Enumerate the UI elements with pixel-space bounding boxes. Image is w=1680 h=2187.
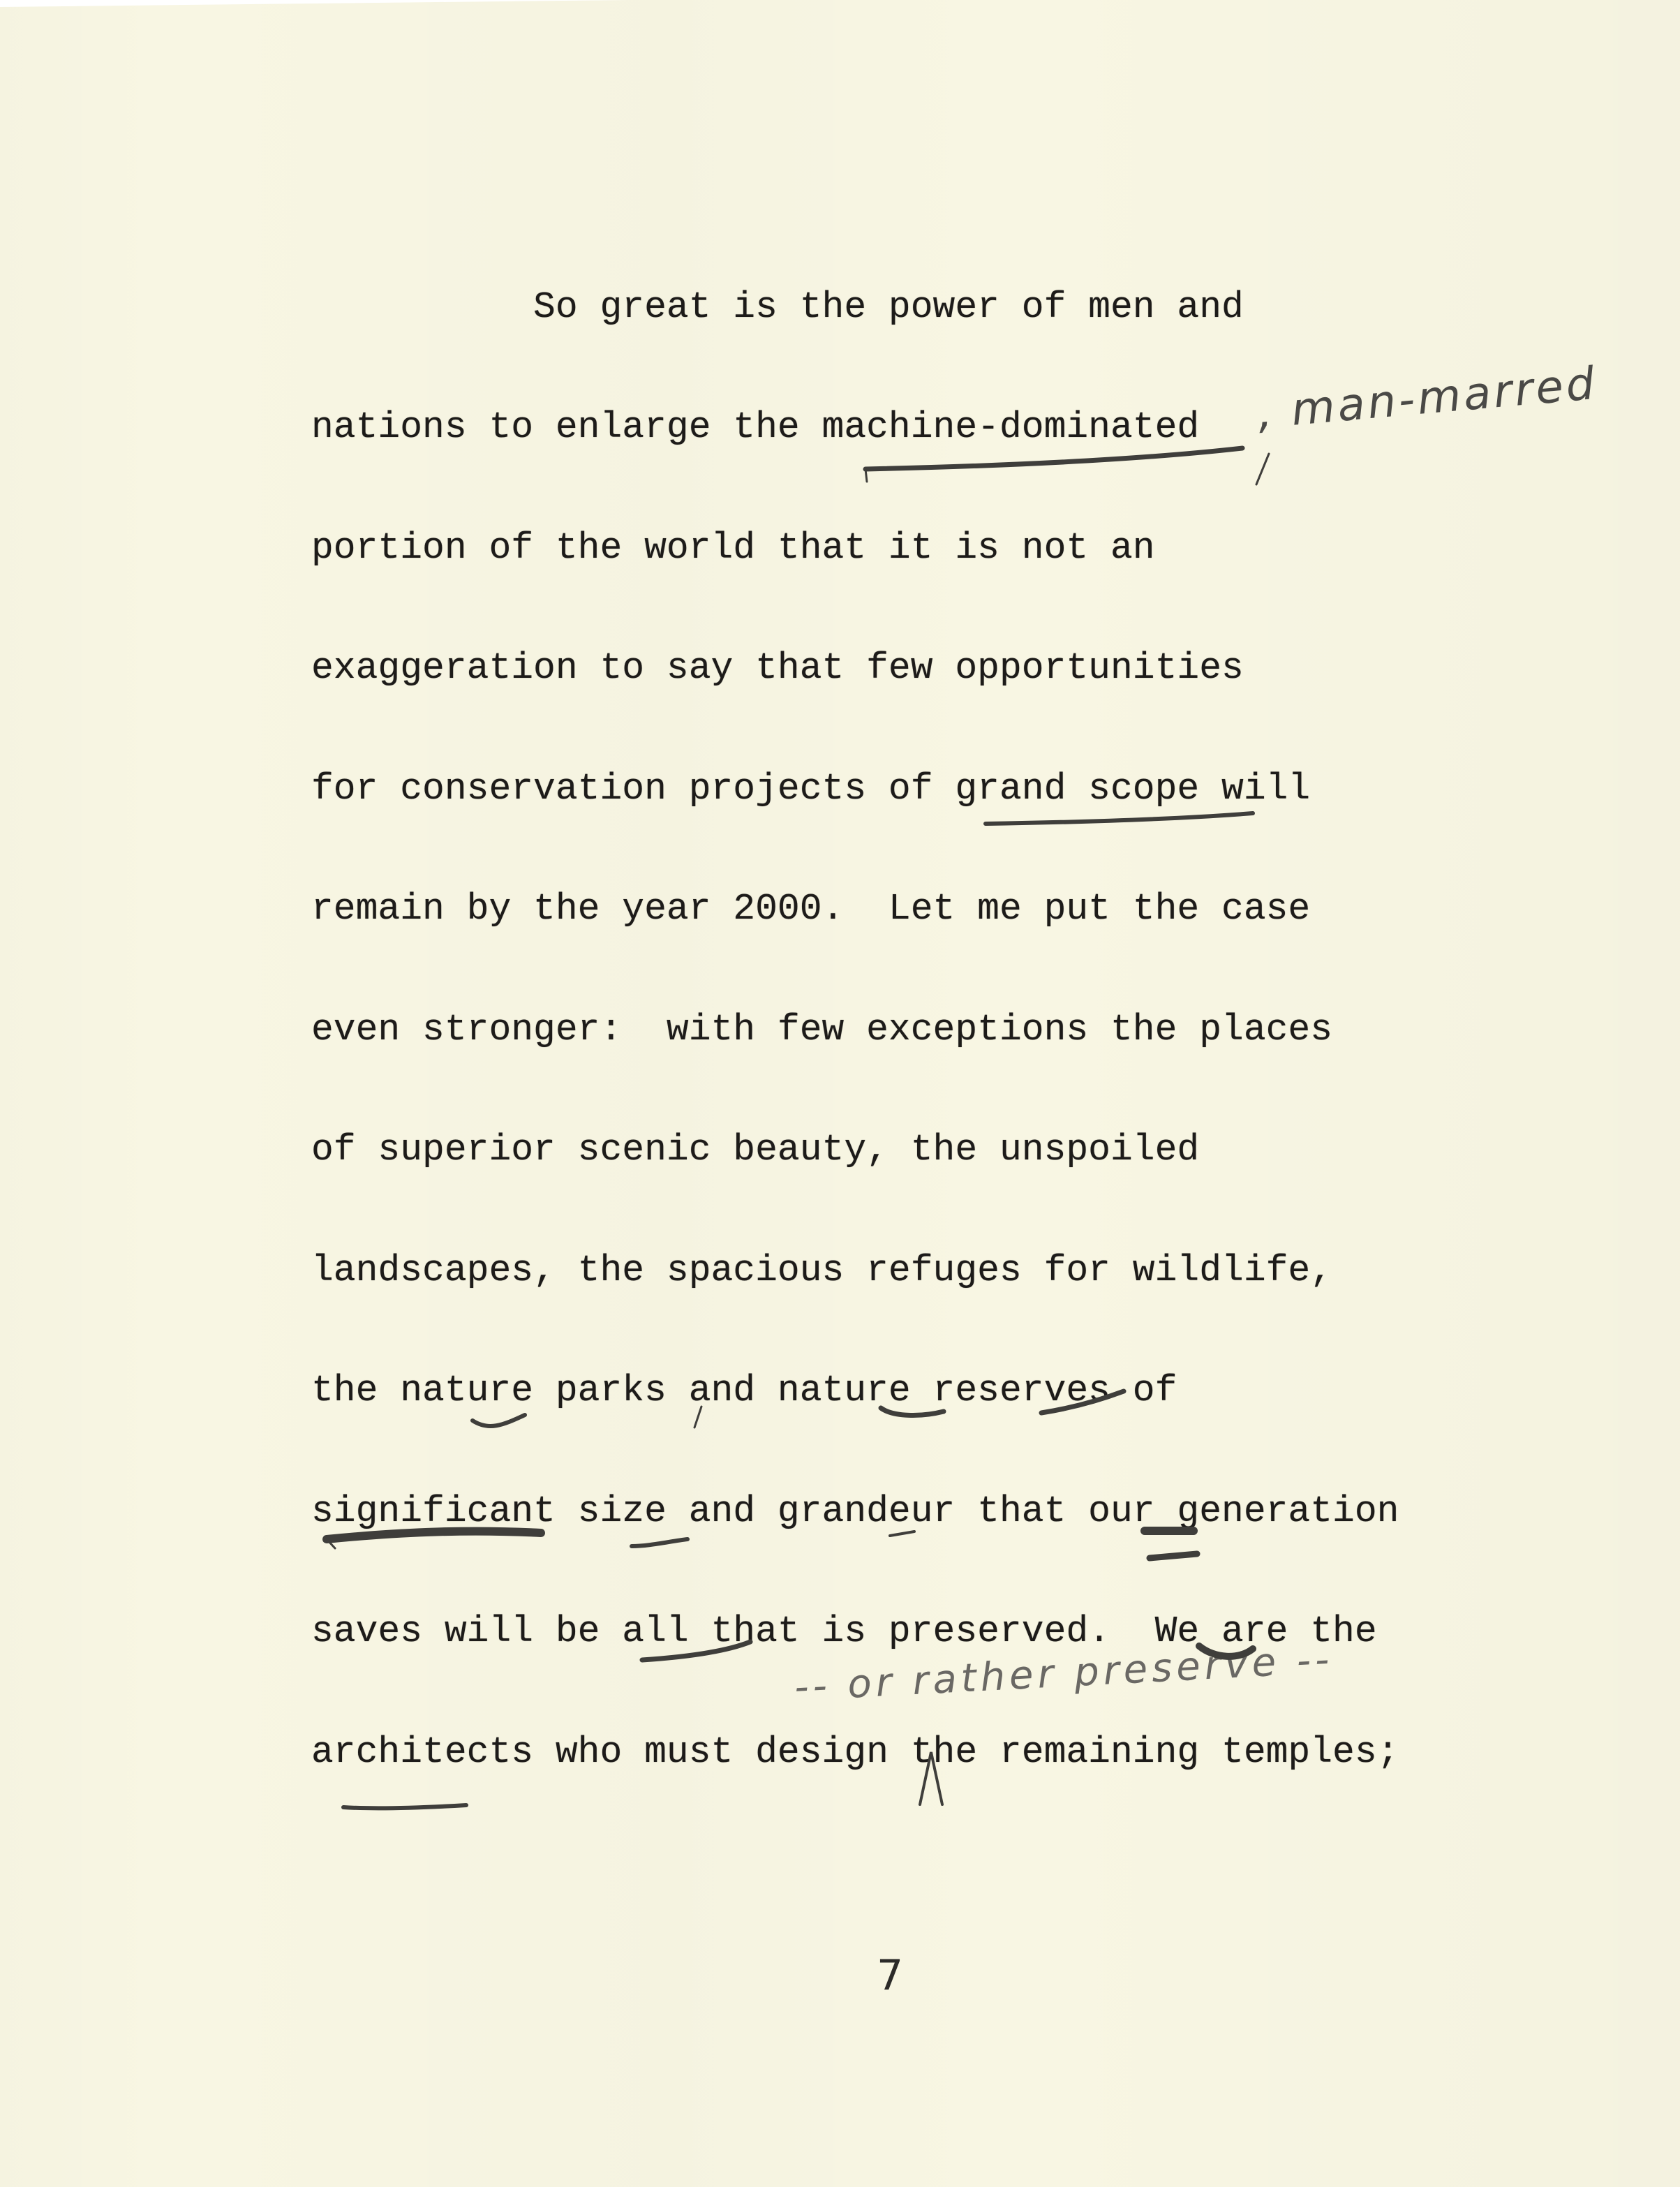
typed-line-7: even stronger: with few exceptions the p… [311, 1009, 1332, 1051]
handwritten-insertion-man-marred: , man-marred [1256, 358, 1600, 439]
typed-line-8: of superior scenic beauty, the unspoiled [311, 1129, 1199, 1171]
typed-line-1: So great is the power of men and [311, 286, 1244, 328]
typed-line-2: nations to enlarge the machine-dominated [311, 406, 1199, 448]
typed-line-5: for conservation projects of grand scope… [311, 768, 1310, 810]
typed-line-11: significant size and grandeur that our g… [311, 1490, 1399, 1532]
typed-line-13: architects who must design the remaining… [311, 1731, 1399, 1773]
typed-line-3: portion of the world that it is not an [311, 527, 1155, 569]
typed-line-9: landscapes, the spacious refuges for wil… [311, 1250, 1332, 1291]
typed-line-6: remain by the year 2000. Let me put the … [311, 888, 1310, 930]
document-page: So great is the power of men and nations… [0, 0, 1680, 2187]
page-number: 7 [877, 1951, 903, 2000]
typed-line-10: the nature parks and nature reserves of [311, 1370, 1177, 1411]
typed-line-4: exaggeration to say that few opportuniti… [311, 647, 1244, 689]
paper-corner-edge [0, 0, 628, 7]
